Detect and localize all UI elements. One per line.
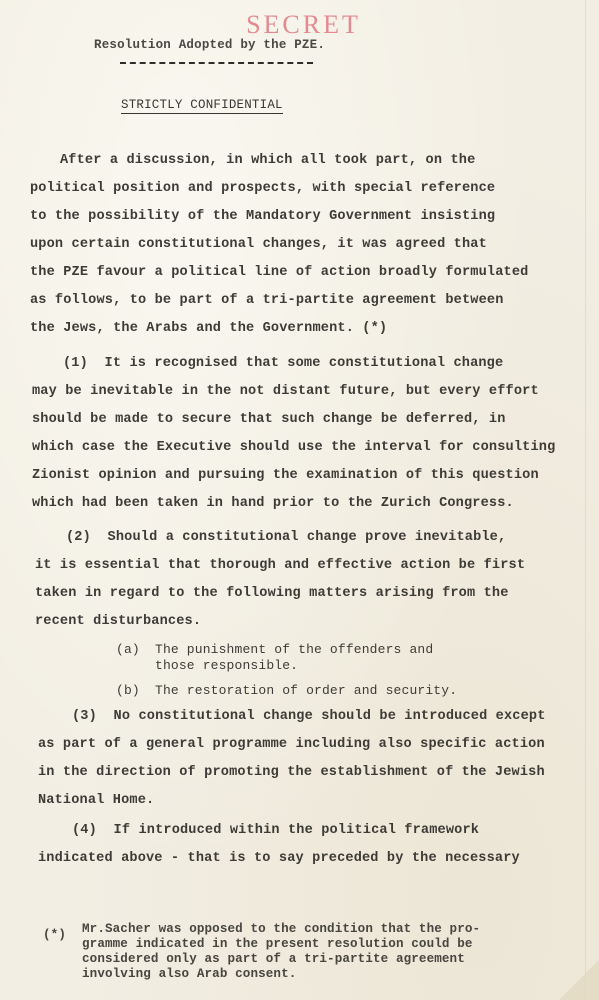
text-line: The restoration of order and security. <box>155 683 457 698</box>
text-line: which case the Executive should use the … <box>32 440 555 455</box>
text-line: taken in regard to the following matters… <box>35 586 509 601</box>
text-line: the PZE favour a political line of actio… <box>30 265 528 280</box>
text-line: gramme indicated in the present resoluti… <box>82 937 473 952</box>
text-line: Mr.Sacher was opposed to the condition t… <box>82 922 480 937</box>
text-line: the Jews, the Arabs and the Government. … <box>30 321 387 336</box>
text-line: (4) If introduced within the political f… <box>72 823 479 838</box>
document-page: SECRET Resolution Adopted by the PZE. ST… <box>0 0 599 1000</box>
text-line: considered only as part of a tri-partite… <box>82 952 465 967</box>
sub-item-label: (a) <box>116 642 140 657</box>
text-line: those responsible. <box>155 658 298 673</box>
paper-fold-line <box>585 0 586 1000</box>
text-line: recent disturbances. <box>35 614 201 629</box>
secret-stamp: SECRET <box>0 10 599 40</box>
text-line: upon certain constitutional changes, it … <box>30 237 487 252</box>
text-line: which had been taken in hand prior to th… <box>32 496 514 511</box>
text-line: may be inevitable in the not distant fut… <box>32 384 539 399</box>
text-line: as part of a general programme including… <box>38 737 545 752</box>
text-line: should be made to secure that such chang… <box>32 412 506 427</box>
text-line: as follows, to be part of a tri-partite … <box>30 293 504 308</box>
text-line: it is essential that thorough and effect… <box>35 558 525 573</box>
text-line: political position and prospects, with s… <box>30 181 495 196</box>
text-line: (3) No constitutional change should be i… <box>72 709 546 724</box>
text-line: The punishment of the offenders and <box>155 642 433 657</box>
title-underline-divider <box>120 62 313 64</box>
sub-item-label: (b) <box>116 683 140 698</box>
text-line: After a discussion, in which all took pa… <box>60 153 475 168</box>
footnote-marker: (*) <box>43 928 66 943</box>
text-line: involving also Arab consent. <box>82 967 296 982</box>
text-line: indicated above - that is to say precede… <box>38 851 520 866</box>
confidential-heading: STRICTLY CONFIDENTIAL <box>121 98 283 114</box>
text-line: to the possibility of the Mandatory Gove… <box>30 209 495 224</box>
paper-corner-fold <box>559 960 599 1000</box>
text-line: in the direction of promoting the establ… <box>38 765 545 780</box>
text-line: (2) Should a constitutional change prove… <box>66 530 506 545</box>
text-line: National Home. <box>38 793 154 808</box>
document-title: Resolution Adopted by the PZE. <box>94 38 325 52</box>
text-line: Zionist opinion and pursuing the examina… <box>32 468 539 483</box>
text-line: (1) It is recognised that some constitut… <box>63 356 503 371</box>
